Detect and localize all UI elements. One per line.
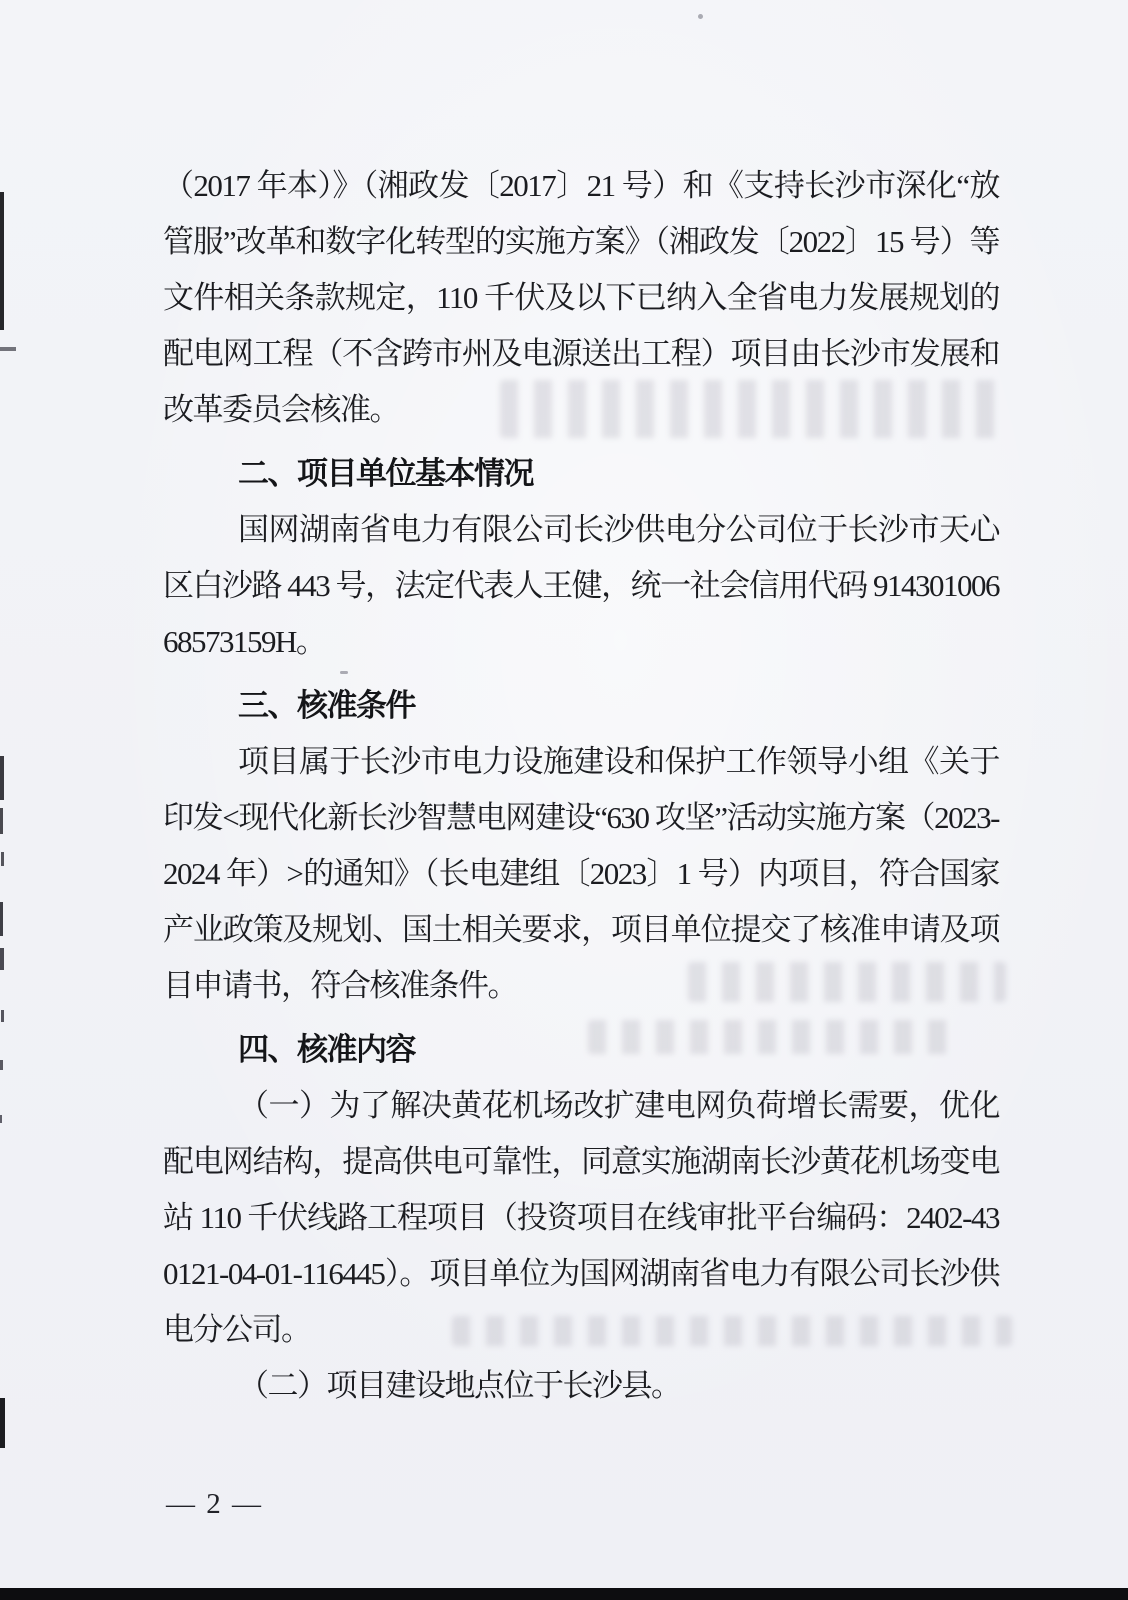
- scan-artifact-left-edge-speck: [0, 1060, 3, 1070]
- scan-artifact-bleedthrough: [452, 1316, 1012, 1346]
- scan-artifact-bleedthrough: [688, 962, 1006, 1002]
- scan-artifact-left-edge-speck: [1, 852, 4, 866]
- scan-artifact-left-edge-speck: [0, 808, 3, 834]
- scan-artifact-speck: [698, 14, 703, 19]
- scan-artifact-bleedthrough: [500, 380, 1000, 438]
- scan-artifact-left-edge-speck: [0, 756, 4, 800]
- scan-artifact-left-edge-speck: [0, 948, 4, 970]
- scan-artifact-left-edge-dash: [0, 347, 16, 351]
- scan-artifact-bleedthrough: [588, 1020, 960, 1054]
- scan-artifact-left-edge-speck: [0, 1115, 2, 1123]
- page-number: — 2 —: [166, 1488, 263, 1521]
- section-heading-approval-conditions: 三、核准条件: [163, 678, 999, 734]
- paragraph-approval-content-item-2: （二）项目建设地点位于长沙县。: [163, 1358, 999, 1414]
- document-body: （2017 年本）》（湘政发〔2017〕21 号）和《支持长沙市深化“放管服”改…: [163, 158, 999, 1414]
- scan-artifact-left-edge-strip: [0, 192, 4, 330]
- scan-artifact-left-edge-strip: [0, 1398, 5, 1448]
- section-heading-project-unit: 二、项目单位基本情况: [163, 446, 999, 502]
- scan-artifact-bottom-bar: [0, 1588, 1128, 1600]
- scan-artifact-left-edge-speck: [1, 1010, 4, 1022]
- scan-artifact-speck: [340, 671, 348, 674]
- scanned-document-page: （2017 年本）》（湘政发〔2017〕21 号）和《支持长沙市深化“放管服”改…: [0, 0, 1128, 1600]
- scan-artifact-left-edge-speck: [0, 902, 3, 936]
- paragraph-project-unit-info: 国网湖南省电力有限公司长沙供电分公司位于长沙市天心区白沙路 443 号，法定代表…: [163, 502, 999, 670]
